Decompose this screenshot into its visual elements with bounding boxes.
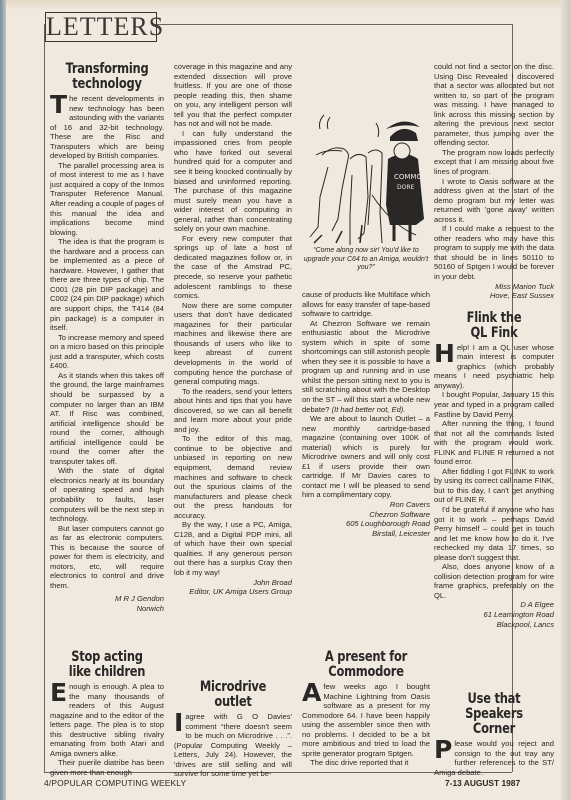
editor-note: (It had better not, Ed). — [332, 405, 406, 414]
heading-line: QL Fink — [471, 325, 518, 341]
letter-paragraph: The parallel processing area is of most … — [50, 161, 164, 237]
letter-paragraph: Please would you reject and consign to t… — [434, 739, 554, 777]
letter-paragraph: The recent developments in new technolog… — [50, 94, 164, 161]
letter-paragraph: could not find a sector on the disc. Usi… — [434, 62, 554, 148]
letter-stop-acting: Stop acting like children Enough is enou… — [50, 650, 164, 777]
letter-paragraph: But laser computers cannot go as far as … — [50, 524, 164, 591]
paragraph-text: At Chezron Software we remain enthusiast… — [302, 319, 430, 414]
signature-location: Birstall, Leicester — [302, 529, 430, 539]
cartoon-drawing-icon: COMMO DORE — [302, 75, 428, 250]
letter-paragraph: After running the thing, I found that no… — [434, 419, 554, 467]
letter-paragraph: I wrote to Oasis software at the address… — [434, 177, 554, 225]
letter-transforming-technology: Transforming technology The recent devel… — [50, 62, 164, 614]
letter-speakers-corner: Use that Speakers Corner Please would yo… — [434, 692, 554, 777]
signature-company: Chezron Software — [302, 510, 430, 520]
letter-paragraph: I bought Popular, January 15 this year a… — [434, 390, 554, 419]
letter-paragraph: Help! I am a QL user whose main interest… — [434, 343, 554, 391]
letter-paragraph: To increase memory and speed on a micro … — [50, 333, 164, 371]
letter-heading: Use that Speakers Corner — [445, 692, 543, 737]
letter-heading: Microdrive outlet — [185, 680, 282, 710]
heading-line: like children — [69, 664, 145, 680]
letter-paragraph: coverage in this magazine and any extend… — [174, 62, 292, 129]
letter-paragraph: Afew weeks ago I bought Machine Lightnin… — [302, 682, 430, 758]
heading-line: A present for — [325, 649, 407, 665]
page-footer-publication: 4/POPULAR COMPUTING WEEKLY — [44, 778, 186, 788]
scan-top-edge — [0, 0, 571, 10]
letter-paragraph: As it stands when this takes off the gro… — [50, 371, 164, 466]
heading-line: Use that — [468, 691, 521, 707]
heading-line: Speakers Corner — [465, 706, 523, 737]
letter-paragraph: For every new computer that springs up o… — [174, 234, 292, 301]
cartoon-caption: “Come along now sir! You'd like to upgra… — [302, 247, 430, 273]
letter-heading: Flink the QL Fink — [445, 311, 543, 341]
cartoon-badge-text: DORE — [397, 184, 415, 191]
signature-address: 605 Loughborough Road — [302, 519, 430, 529]
signature-location: Hove, East Sussex — [434, 291, 554, 301]
letter-paragraph: If I could make a request to the other r… — [434, 224, 554, 281]
letter-microdrive-outlet: Microdrive outlet Iagree with G O Davies… — [174, 680, 292, 779]
letter-paragraph: To the readers, send your letters about … — [174, 387, 292, 435]
frame-rule-left-lower — [44, 589, 45, 772]
paragraph-text: he recent developments in new technology… — [50, 94, 164, 160]
letter-heading: Transforming technology — [60, 62, 153, 92]
letter-paragraph: I'd be grateful if anyone who has got it… — [434, 505, 554, 562]
signature-name: M R J Gendon — [50, 594, 164, 604]
drop-cap: H — [434, 343, 455, 363]
heading-line: Transforming — [66, 61, 149, 77]
signature-name: Ron Cavers — [302, 500, 430, 510]
paragraph-text: nough is enough. A plea to the many thou… — [50, 682, 164, 758]
heading-line: Microdrive — [200, 679, 266, 695]
letter-paragraph: Iagree with G O Davies' comment “there d… — [174, 712, 292, 779]
heading-line: outlet — [214, 694, 251, 710]
drop-cap: T — [50, 94, 67, 114]
signature-location: Blackpool, Lancs — [434, 620, 554, 630]
signature-address: 61 Leamington Road — [434, 610, 554, 620]
section-masthead: LETTERS — [45, 12, 157, 42]
letter-paragraph: After fiddling I got FLINK to work by us… — [434, 467, 554, 505]
letter-paragraph: The disc drive reported that it — [302, 758, 430, 768]
drop-cap: P — [434, 739, 452, 759]
letter-paragraph: Their puerile diatribe has been given mo… — [50, 758, 164, 777]
heading-line: Flink the — [467, 310, 522, 326]
frame-rule-left-upper — [44, 24, 45, 589]
letter-paragraph: Also, does anyone know of a collision de… — [434, 562, 554, 600]
page-footer-date: 7-13 AUGUST 1987 — [445, 778, 520, 788]
letter-paragraph: I can fully understand the impassioned c… — [174, 129, 292, 234]
heading-line: technology — [72, 76, 141, 92]
letter-paragraph: The idea is that the program is the hard… — [50, 237, 164, 332]
letter-paragraph: The program now loads perfectly except t… — [434, 148, 554, 177]
drop-cap: A — [302, 682, 321, 702]
signature-name: John Broad — [174, 578, 292, 588]
letter-paragraph: Now there are some computer users that d… — [174, 301, 292, 387]
paragraph-text: agree with G O Davies' comment “there do… — [174, 712, 292, 778]
heading-line: Stop acting — [71, 649, 143, 665]
letter-paragraph: Enough is enough. A plea to the many tho… — [50, 682, 164, 758]
letter-paragraph: To the editor of this mag, continue to b… — [174, 434, 292, 520]
drop-cap: I — [174, 712, 183, 732]
cartoon-badge-text: COMMO — [394, 173, 422, 181]
letter-microdrive-continuation: cause of products like Multiface which a… — [302, 290, 430, 538]
letter-paragraph: By the way, I use a PC, Amiga, C128, and… — [174, 520, 292, 577]
heading-line: Commodore — [328, 664, 403, 680]
signature-location: Norwich — [50, 604, 164, 614]
letter-heading: Stop acting like children — [60, 650, 153, 680]
scan-right-edge — [561, 0, 571, 800]
signature-name: Miss Marion Tuck — [434, 282, 554, 292]
letter-heading: A present for Commodore — [314, 650, 419, 680]
signature-title: Editor, UK Amiga Users Group — [174, 587, 292, 597]
signature-name: D A Elgee — [434, 600, 554, 610]
letter-paragraph: We are about to launch Outlet – a new mo… — [302, 414, 430, 500]
letter-present-for-commodore: A present for Commodore Afew weeks ago I… — [302, 650, 430, 768]
letter-commodore-continuation: could not find a sector on the disc. Usi… — [434, 62, 554, 629]
letter-continuation-comics: coverage in this magazine and any extend… — [174, 62, 292, 597]
letter-paragraph: At Chezron Software we remain enthusiast… — [302, 319, 430, 414]
letter-paragraph: cause of products like Multiface which a… — [302, 290, 430, 319]
letter-paragraph: With the state of digital electronics ne… — [50, 466, 164, 523]
scan-left-edge — [0, 0, 6, 800]
drop-cap: E — [50, 682, 67, 702]
cartoon-illustration-icon: COMMO DORE — [302, 75, 428, 250]
